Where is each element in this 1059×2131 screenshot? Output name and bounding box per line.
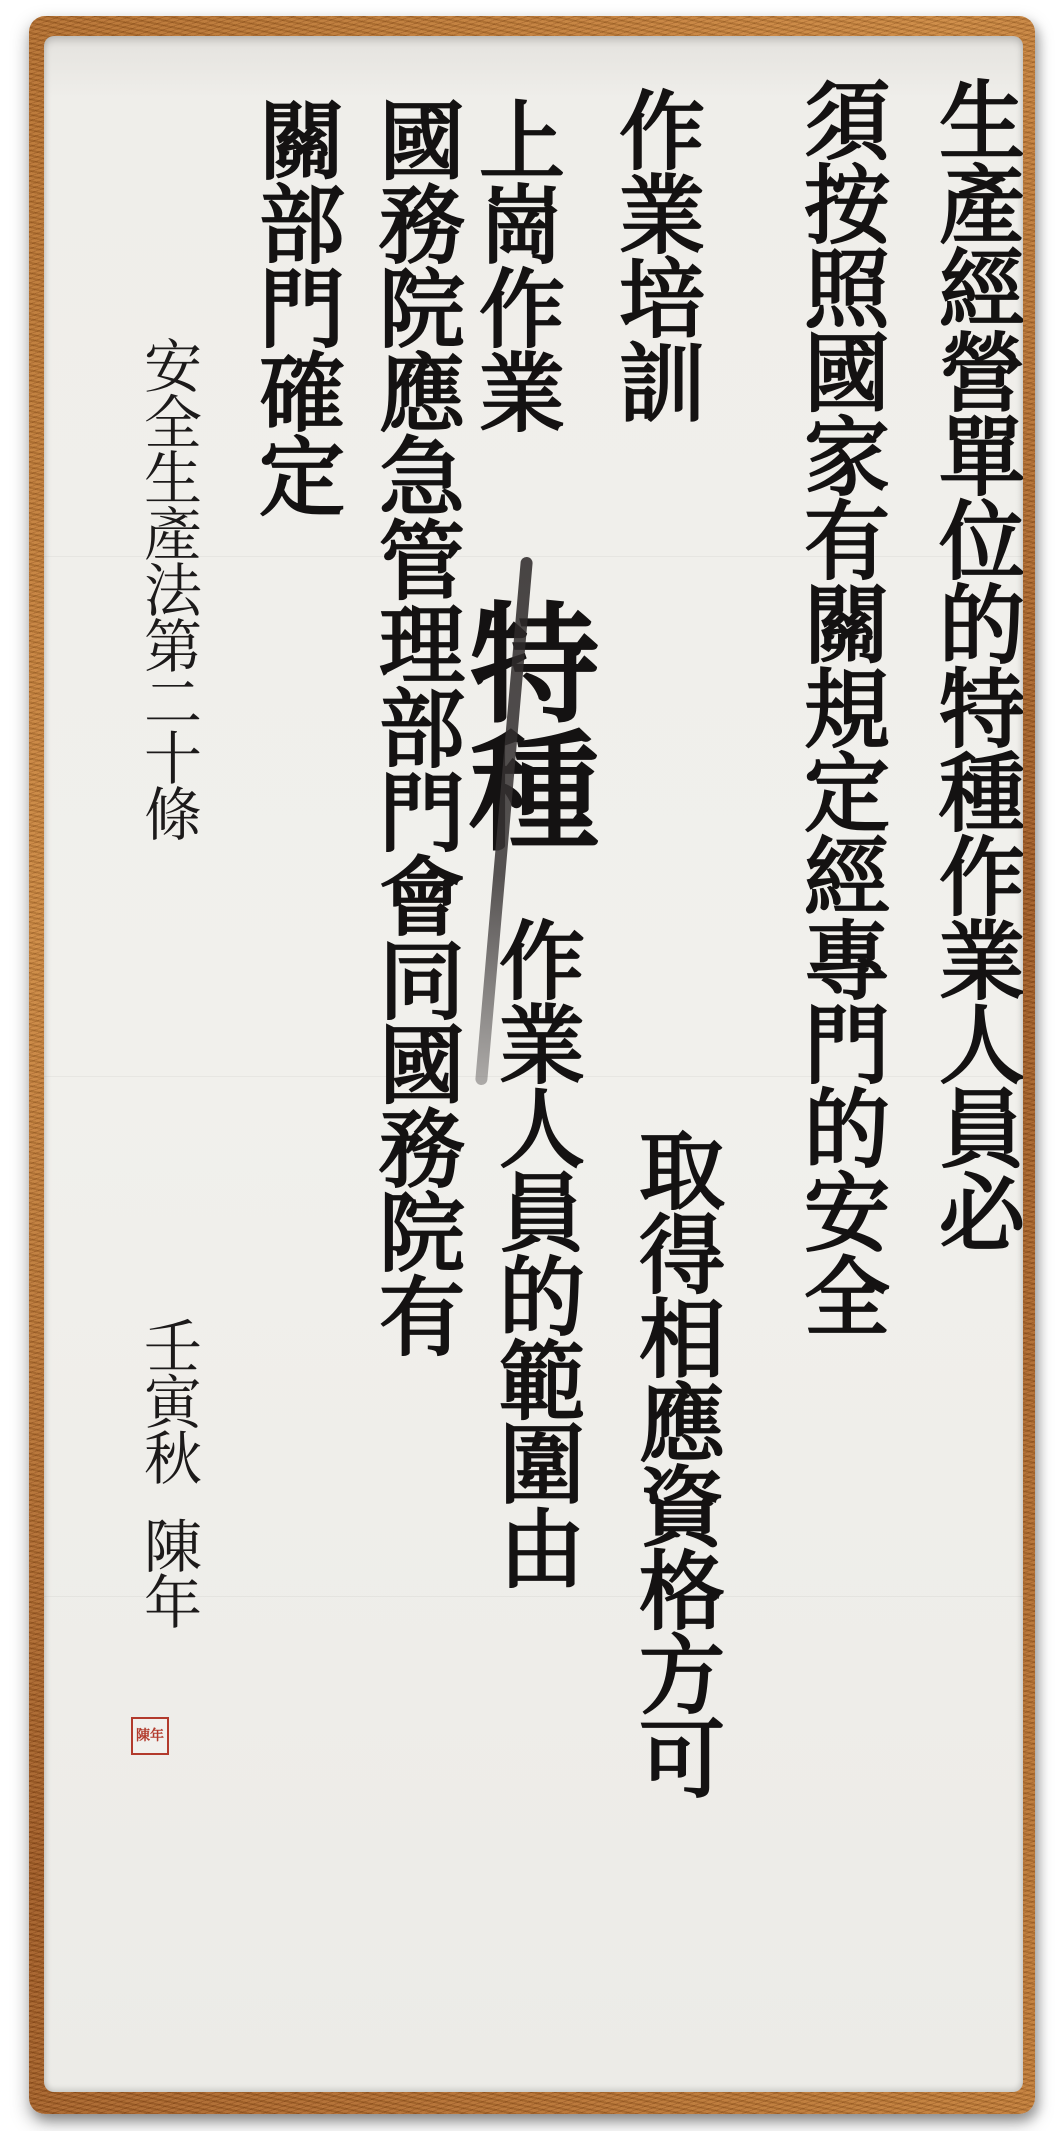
text-column-3b: 取得相應資格方可 <box>624 1126 724 1798</box>
wooden-frame: 生產經營單位的特種作業人員必 須按照國家有關規定經專門的安全 作業培訓 取得相應… <box>29 16 1035 2114</box>
calligraphy-paper: 生產經營單位的特種作業人員必 須按照國家有關規定經專門的安全 作業培訓 取得相應… <box>44 36 1023 2092</box>
text-column-4: 上崗作業 <box>464 96 564 432</box>
artist-seal-stamp: 陳年 <box>131 1717 169 1755</box>
artist-signature: 陳年 <box>136 1516 200 1628</box>
inscription-date: 壬寅秋 <box>136 1316 200 1484</box>
inscription-title: 安全生產法第二十條 <box>136 336 200 840</box>
text-column-4c: 作業人員的範圍由 <box>484 916 584 1588</box>
text-column-5: 國務院應急管理部門會同國務院有 <box>364 96 464 1356</box>
text-column-2: 須按照國家有關規定經專門的安全 <box>789 76 889 1336</box>
text-column-3: 作業培訓 <box>604 86 704 422</box>
text-column-1: 生產經營單位的特種作業人員必 <box>924 76 1023 1252</box>
text-column-6: 關部門確定 <box>244 96 344 516</box>
